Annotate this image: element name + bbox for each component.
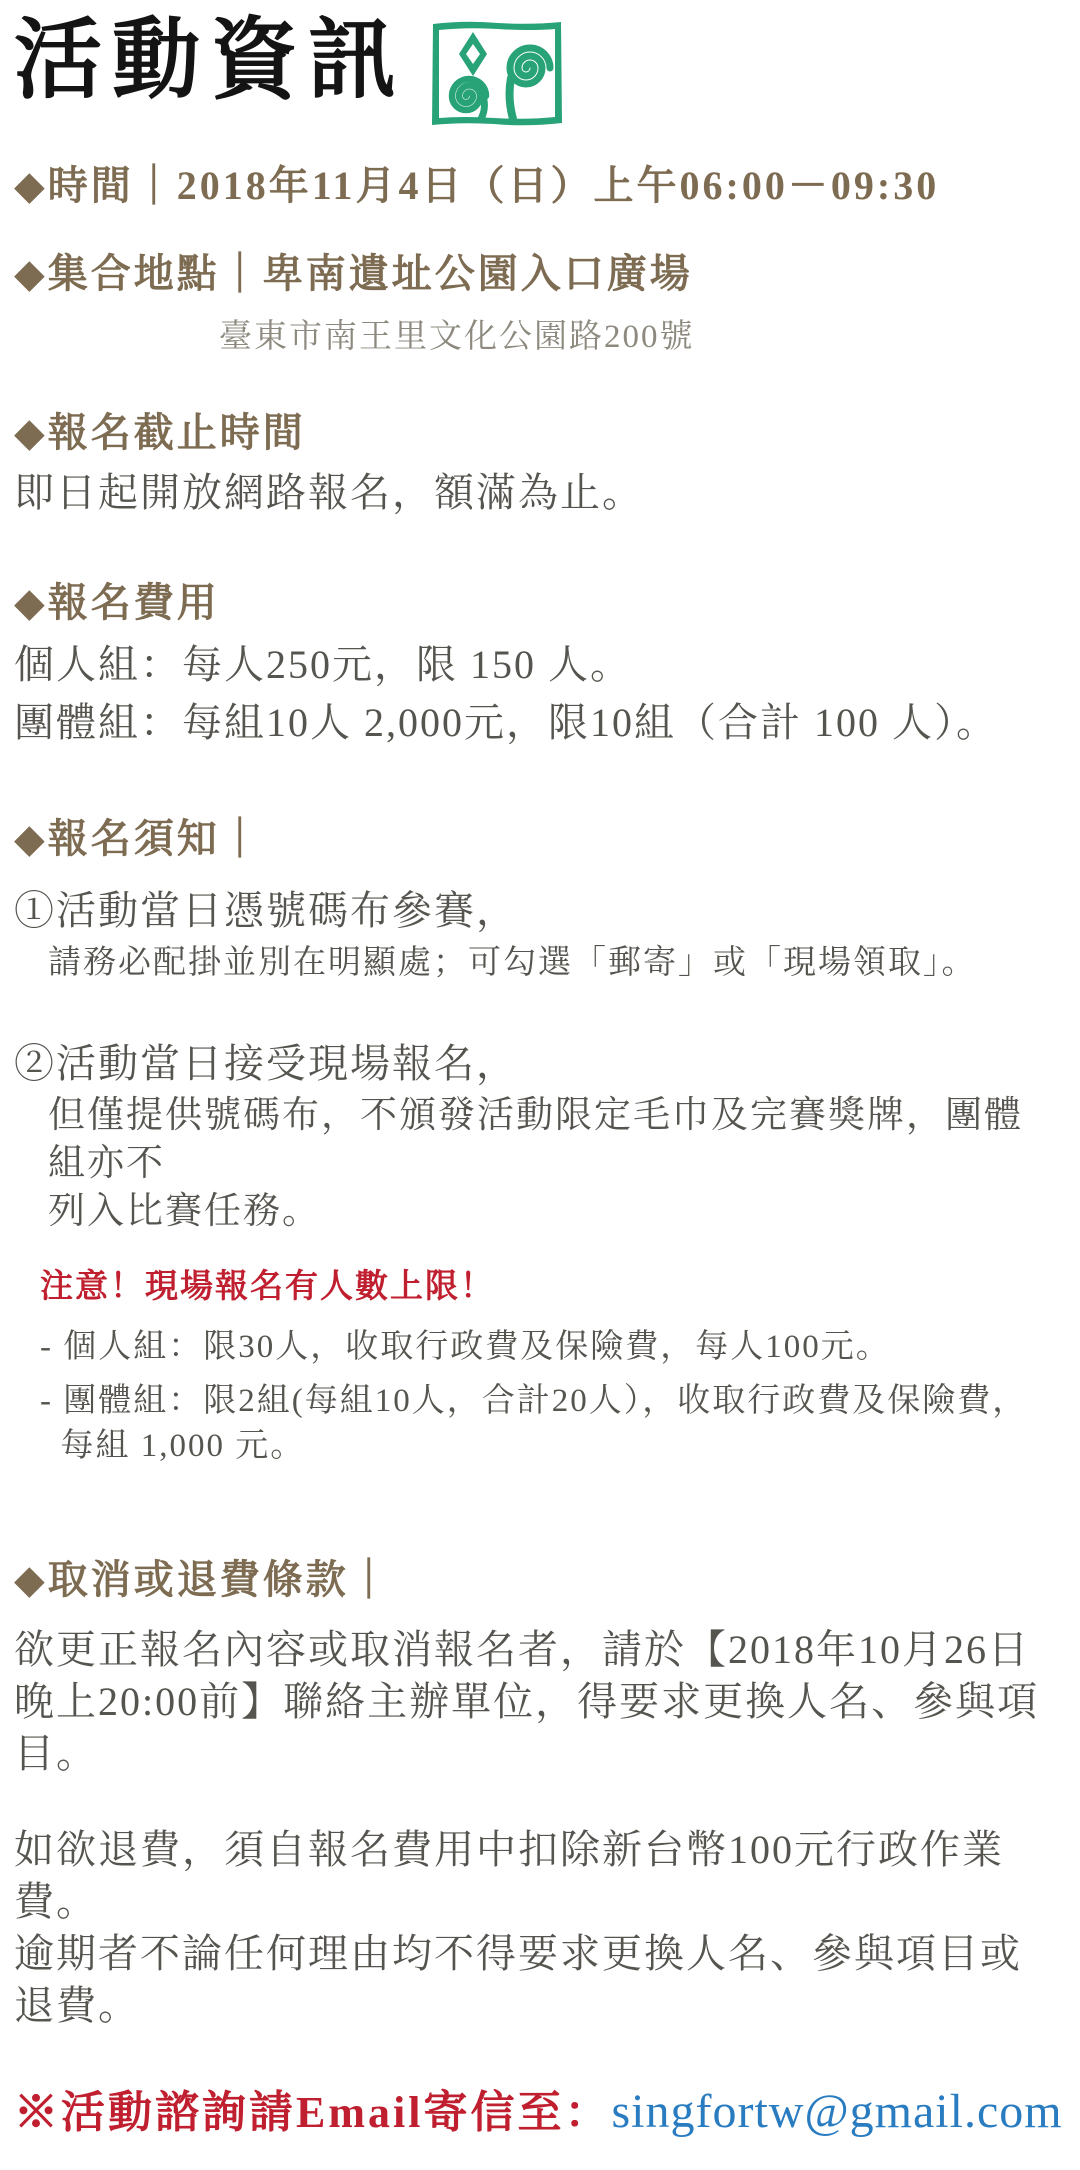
contact-email-link[interactable]: singfortw@gmail.com bbox=[611, 2085, 1062, 2138]
onsite-individual-bullet: - 個人組：限30人，收取行政費及保險費，每人100元。 bbox=[14, 1325, 1058, 1370]
time-line: ◆時間｜2018年11月4日（日）上午06:00－09:30 bbox=[14, 160, 1058, 212]
deadline-body: 即日起開放網路報名，額滿為止。 bbox=[14, 467, 1058, 519]
onsite-limit-alert: 注意！現場報名有人數上限！ bbox=[14, 1260, 1058, 1307]
page-header: 活動資訊 bbox=[14, 10, 1058, 130]
cancel-paragraph: 欲更正報名內容或取消報名者，請於【2018年10月26日 晚上20:00前】聯絡… bbox=[14, 1624, 1058, 1780]
notice-item1-body: 請務必配掛並別在明顯處；可勾選「郵寄」或「現場領取」。 bbox=[14, 941, 1058, 986]
location-line: ◆集合地點｜卑南遺址公園入口廣場 bbox=[14, 248, 1058, 300]
contact-label: ※活動諮詢請Email寄信至： bbox=[14, 2088, 611, 2137]
time-label: ◆時間｜ bbox=[14, 163, 177, 208]
petroglyph-spirals-icon bbox=[426, 16, 568, 130]
fee-individual-line: 個人組：每人250元，限 150 人。 bbox=[14, 639, 1058, 691]
onsite-group-bullet: - 團體組：限2組(每組10人，合計20人），收取行政費及保險費， 每組 1,0… bbox=[14, 1379, 1058, 1468]
refund-paragraph: 如欲退費，須自報名費用中扣除新台幣100元行政作業費。 逾期者不論任何理由均不得… bbox=[14, 1824, 1058, 2032]
notice-item2-body: 但僅提供號碼布，不頒發活動限定毛巾及完賽獎牌，團體組亦不 列入比賽任務。 bbox=[14, 1092, 1058, 1236]
location-label: ◆集合地點｜ bbox=[14, 251, 263, 296]
fee-group-line: 團體組：每組10人 2,000元，限10組（合計 100 人）。 bbox=[14, 697, 1058, 749]
page-title: 活動資訊 bbox=[14, 10, 406, 114]
deadline-heading: ◆報名截止時間 bbox=[14, 407, 1058, 459]
notice-heading: ◆報名須知｜ bbox=[14, 813, 1058, 865]
location-value: 卑南遺址公園入口廣場 bbox=[263, 251, 693, 296]
contact-footer: ※活動諮詢請Email寄信至：singfortw@gmail.com bbox=[14, 2076, 1058, 2140]
cancel-refund-heading: ◆取消或退費條款｜ bbox=[14, 1554, 1058, 1606]
location-address: 臺東市南王里文化公園路200號 bbox=[14, 310, 1058, 357]
fee-heading: ◆報名費用 bbox=[14, 577, 1058, 629]
time-value: 2018年11月4日（日）上午06:00－09:30 bbox=[177, 163, 939, 208]
notice-item2-title: ②活動當日接受現場報名， bbox=[14, 1038, 1058, 1090]
notice-item1-title: ①活動當日憑號碼布參賽， bbox=[14, 885, 1058, 937]
event-info-page: 活動資訊 ◆時間｜2018年11月4日（日）上午06:00－09:30 ◆集合地… bbox=[0, 0, 1080, 2170]
